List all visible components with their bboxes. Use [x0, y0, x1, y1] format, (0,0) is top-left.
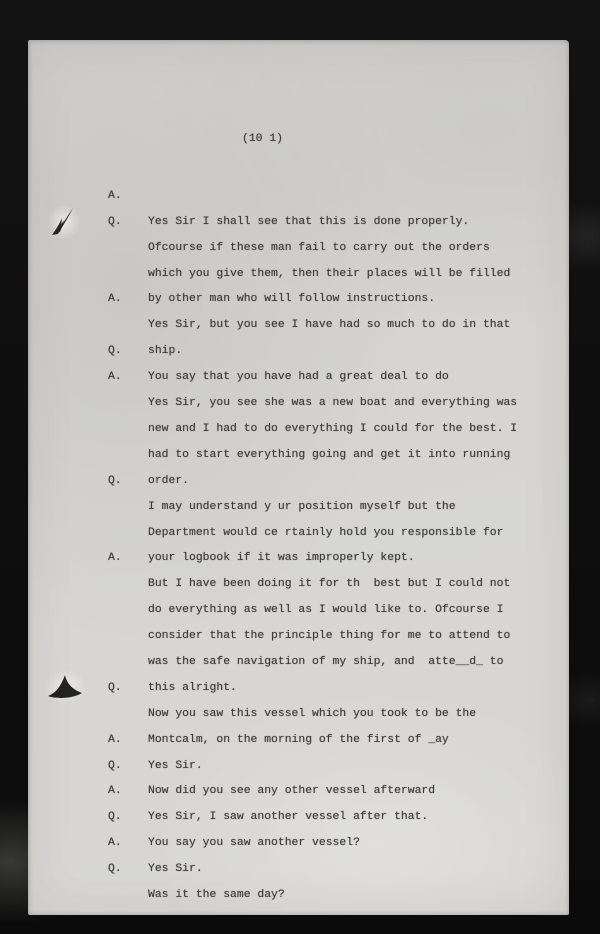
transcript-line: Q. Ofcourse if these man fail to carry o… — [28, 184, 569, 210]
transcript-line: was the safe navigation of my ship, and … — [28, 598, 569, 624]
transcript-line: order. — [28, 417, 569, 443]
line-text: Was it the same day? — [148, 883, 285, 909]
transcript-line: A. Yes Sir, you see she was a new boat a… — [28, 339, 569, 365]
transcript-line: A. Yes Sir, I saw another vessel after t… — [28, 753, 569, 779]
transcript-line: Q. Now you saw this vessel which you too… — [28, 650, 569, 676]
transcript-line: new and I had to do everything I could f… — [28, 365, 569, 391]
scanned-document-view: { "page": { "number_label": "(10 1)" }, … — [0, 0, 600, 934]
transcript-line: by other man who will follow instruction… — [28, 236, 569, 262]
transcript-line: ship. — [28, 287, 569, 313]
line-text: Yes Sir. — [148, 857, 203, 883]
transcript-line: A. Yes Sir, but you see I have had so mu… — [28, 262, 569, 288]
transcript-line: Q. You say that you have had a great dea… — [28, 313, 569, 339]
transcript-line: Department would ce rtainly hold you res… — [28, 469, 569, 495]
transcript-line: had to start everything going and get it… — [28, 391, 569, 417]
transcript-line: A. But I have been doing it for th best … — [28, 520, 569, 546]
scanned-page: (10 1) A. Yes Sir I shall see that this … — [28, 40, 569, 915]
transcript-line: A. Yes Sir I shall see that this is done… — [28, 158, 569, 184]
transcript-line: your logbook if it was improperly kept. — [28, 495, 569, 521]
ink-blot-icon — [46, 672, 86, 702]
transcript-line: Q. I may understand y ur position myself… — [28, 443, 569, 469]
transcript-line: this alright. — [28, 624, 569, 650]
transcript-line: Q. You say you saw another vessel? — [28, 779, 569, 805]
ink-blot-icon — [50, 206, 78, 238]
transcript-line: Q. Now did you see any other vessel afte… — [28, 728, 569, 754]
transcript-line: Q. Was it the same day? — [28, 831, 569, 857]
transcript-line: Montcalm, on the morning of the first of… — [28, 676, 569, 702]
transcript: A. Yes Sir I shall see that this is done… — [28, 158, 569, 857]
transcript-line: A. Yes Sir. — [28, 805, 569, 831]
transcript-line: A. Yes Sir. — [28, 702, 569, 728]
page-number: (10 1) — [0, 126, 533, 152]
transcript-line: consider that the principle thing for me… — [28, 572, 569, 598]
transcript-line: do everything as well as I would like to… — [28, 546, 569, 572]
transcript-line: which you give them, then their places w… — [28, 210, 569, 236]
speaker-label: Q. — [108, 857, 122, 883]
